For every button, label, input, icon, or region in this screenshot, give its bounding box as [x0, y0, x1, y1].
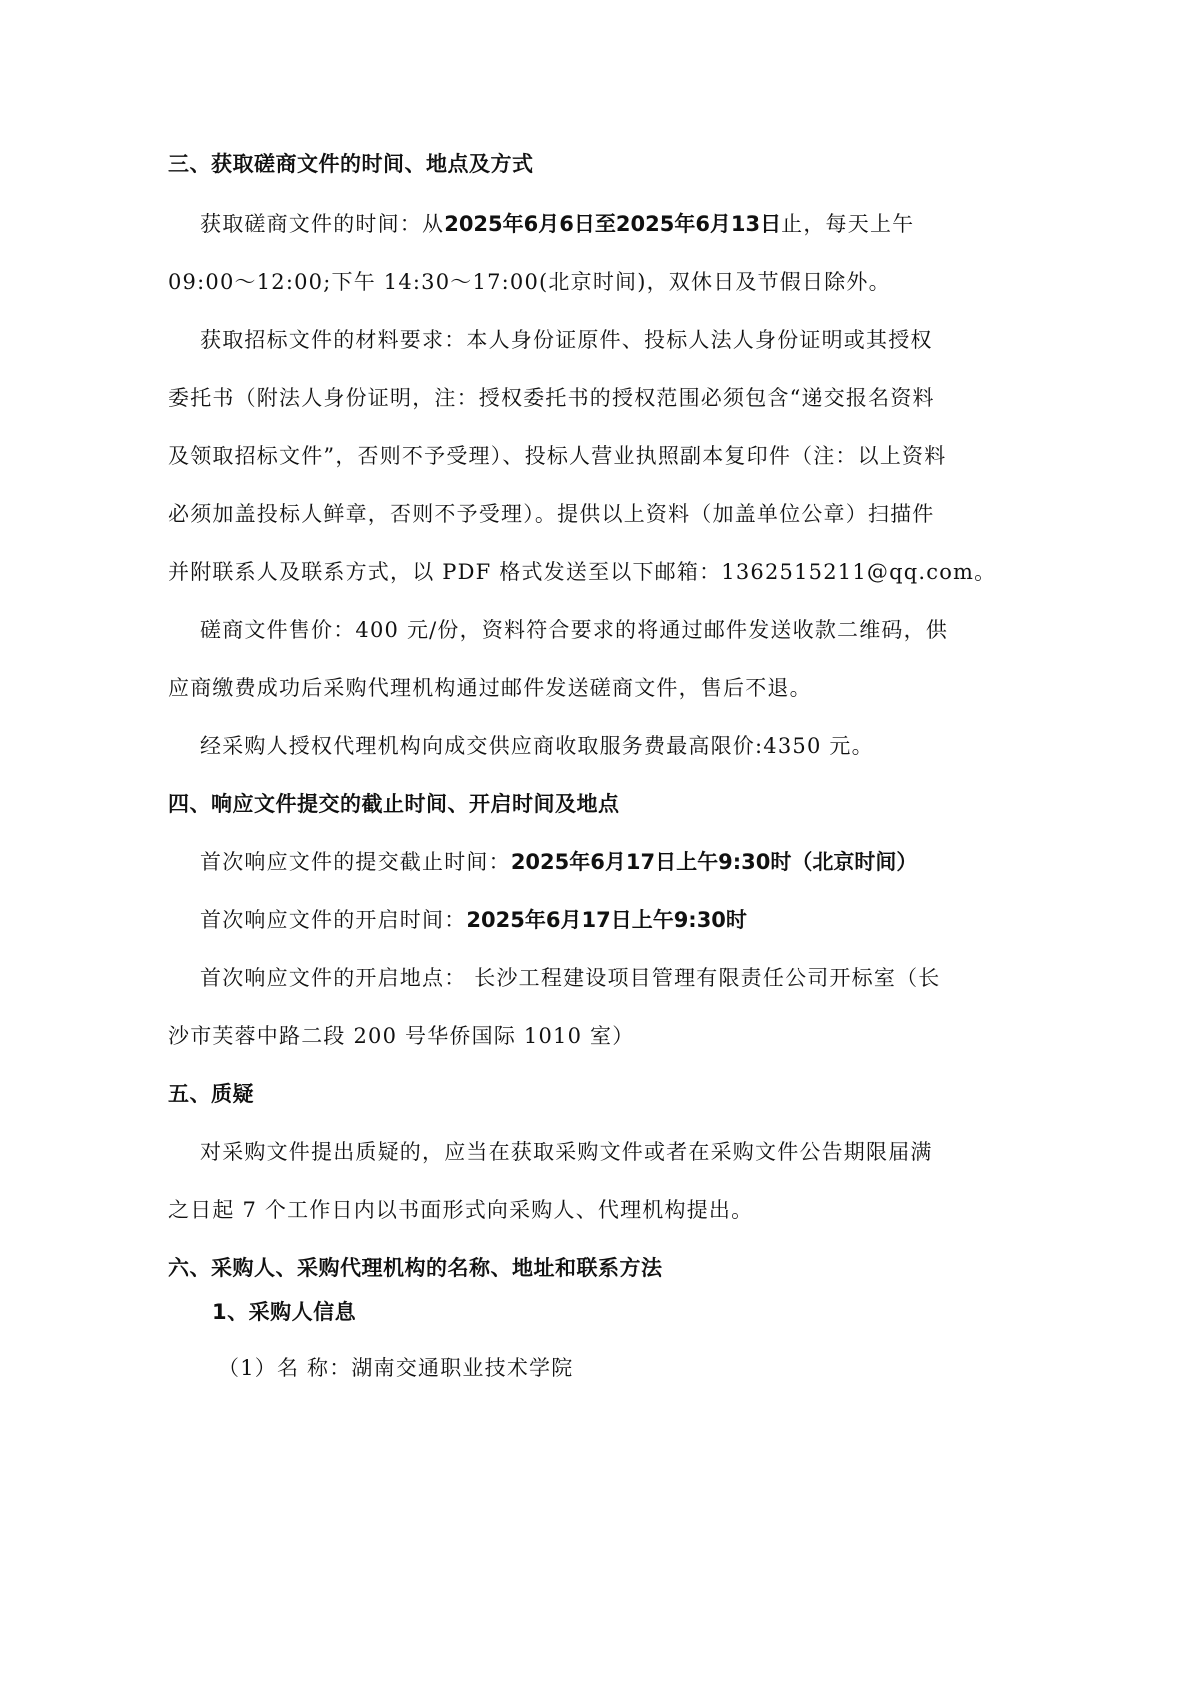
price-line-2: 应商缴费成功后采购代理机构通过邮件发送磋商文件，售后不退。	[168, 674, 812, 702]
submission-deadline-label: 首次响应文件的提交截止时间：	[200, 850, 511, 874]
section-4-heading: 四、响应文件提交的截止时间、开启时间及地点	[168, 790, 620, 818]
materials-line-5-email: 并附联系人及联系方式，以 PDF 格式发送至以下邮箱：1362515211@qq…	[168, 558, 996, 586]
acquisition-time-suffix: 止，每天上午	[781, 212, 914, 236]
purchaser-info-heading: 1、采购人信息	[212, 1298, 356, 1326]
acquisition-time-line-2: 09:00～12:00;下午 14:30～17:00(北京时间)，双休日及节假日…	[168, 268, 891, 296]
document-page: 三、获取磋商文件的时间、地点及方式 获取磋商文件的时间：从2025年6月6日至2…	[0, 0, 1191, 1684]
acquisition-time-line-1: 获取磋商文件的时间：从2025年6月6日至2025年6月13日止，每天上午	[200, 210, 914, 238]
submission-deadline-value: 2025年6月17日上午9:30时（北京时间）	[511, 850, 918, 874]
inquiry-line-2: 之日起 7 个工作日内以书面形式向采购人、代理机构提出。	[168, 1196, 753, 1224]
inquiry-line-1: 对采购文件提出质疑的，应当在获取采购文件或者在采购文件公告期限届满	[200, 1138, 933, 1166]
opening-time-label: 首次响应文件的开启时间：	[200, 908, 466, 932]
service-fee-line: 经采购人授权代理机构向成交供应商收取服务费最高限价:4350 元。	[200, 732, 874, 760]
submission-deadline-line: 首次响应文件的提交截止时间：2025年6月17日上午9:30时（北京时间）	[200, 848, 917, 876]
section-6-heading: 六、采购人、采购代理机构的名称、地址和联系方法	[168, 1254, 663, 1282]
acquisition-time-range: 2025年6月6日至2025年6月13日	[444, 212, 781, 236]
opening-time-value: 2025年6月17日上午9:30时	[466, 908, 747, 932]
materials-line-1: 获取招标文件的材料要求：本人身份证原件、投标人法人身份证明或其授权	[200, 326, 933, 354]
opening-place-line-1: 首次响应文件的开启地点： 长沙工程建设项目管理有限责任公司开标室（长	[200, 964, 940, 992]
materials-line-3: 及领取招标文件”，否则不予受理）、投标人营业执照副本复印件（注：以上资料	[168, 442, 946, 470]
opening-place-line-2: 沙市芙蓉中路二段 200 号华侨国际 1010 室）	[168, 1022, 634, 1050]
acquisition-time-prefix: 获取磋商文件的时间：从	[200, 212, 444, 236]
materials-line-2: 委托书（附法人身份证明，注：授权委托书的授权范围必须包含“递交报名资料	[168, 384, 935, 412]
materials-line-4: 必须加盖投标人鲜章，否则不予受理）。提供以上资料（加盖单位公章）扫描件	[168, 500, 935, 528]
section-5-heading: 五、质疑	[168, 1080, 254, 1108]
purchaser-name-line: （1）名 称：湖南交通职业技术学院	[218, 1354, 573, 1382]
section-3-heading: 三、获取磋商文件的时间、地点及方式	[168, 150, 534, 178]
opening-time-line: 首次响应文件的开启时间：2025年6月17日上午9:30时	[200, 906, 747, 934]
price-line-1: 磋商文件售价：400 元/份，资料符合要求的将通过邮件发送收款二维码，供	[200, 616, 948, 644]
